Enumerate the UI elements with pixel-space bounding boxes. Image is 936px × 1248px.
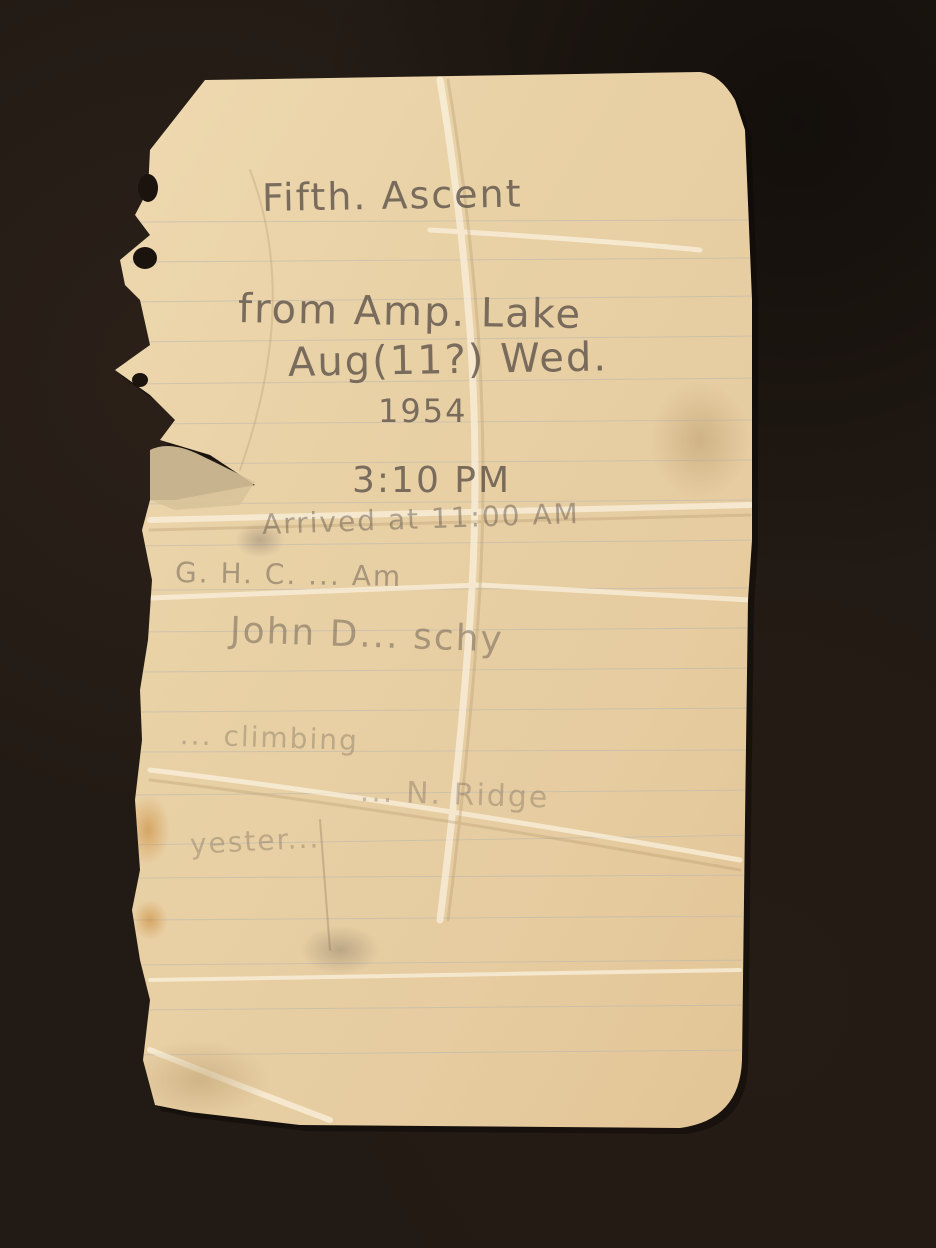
note-line-location: from Amp. Lake xyxy=(238,286,583,338)
note-line-time: 3:10 PM xyxy=(352,460,511,501)
note-line-date: Aug(11?) Wed. xyxy=(288,334,609,386)
note-line-year: 1954 xyxy=(378,392,467,430)
note-line-ridge: ... N. Ridge xyxy=(359,774,549,816)
photo-scene: Fifth. Ascent from Amp. Lake Aug(11?) We… xyxy=(0,0,936,1248)
note-line-title: Fifth. Ascent xyxy=(262,171,523,220)
note-line-climbing: ... climbing xyxy=(179,718,359,757)
note-line-party: G. H. C. ... Am xyxy=(175,556,403,593)
note-line-yesterday: yester... xyxy=(189,821,321,861)
